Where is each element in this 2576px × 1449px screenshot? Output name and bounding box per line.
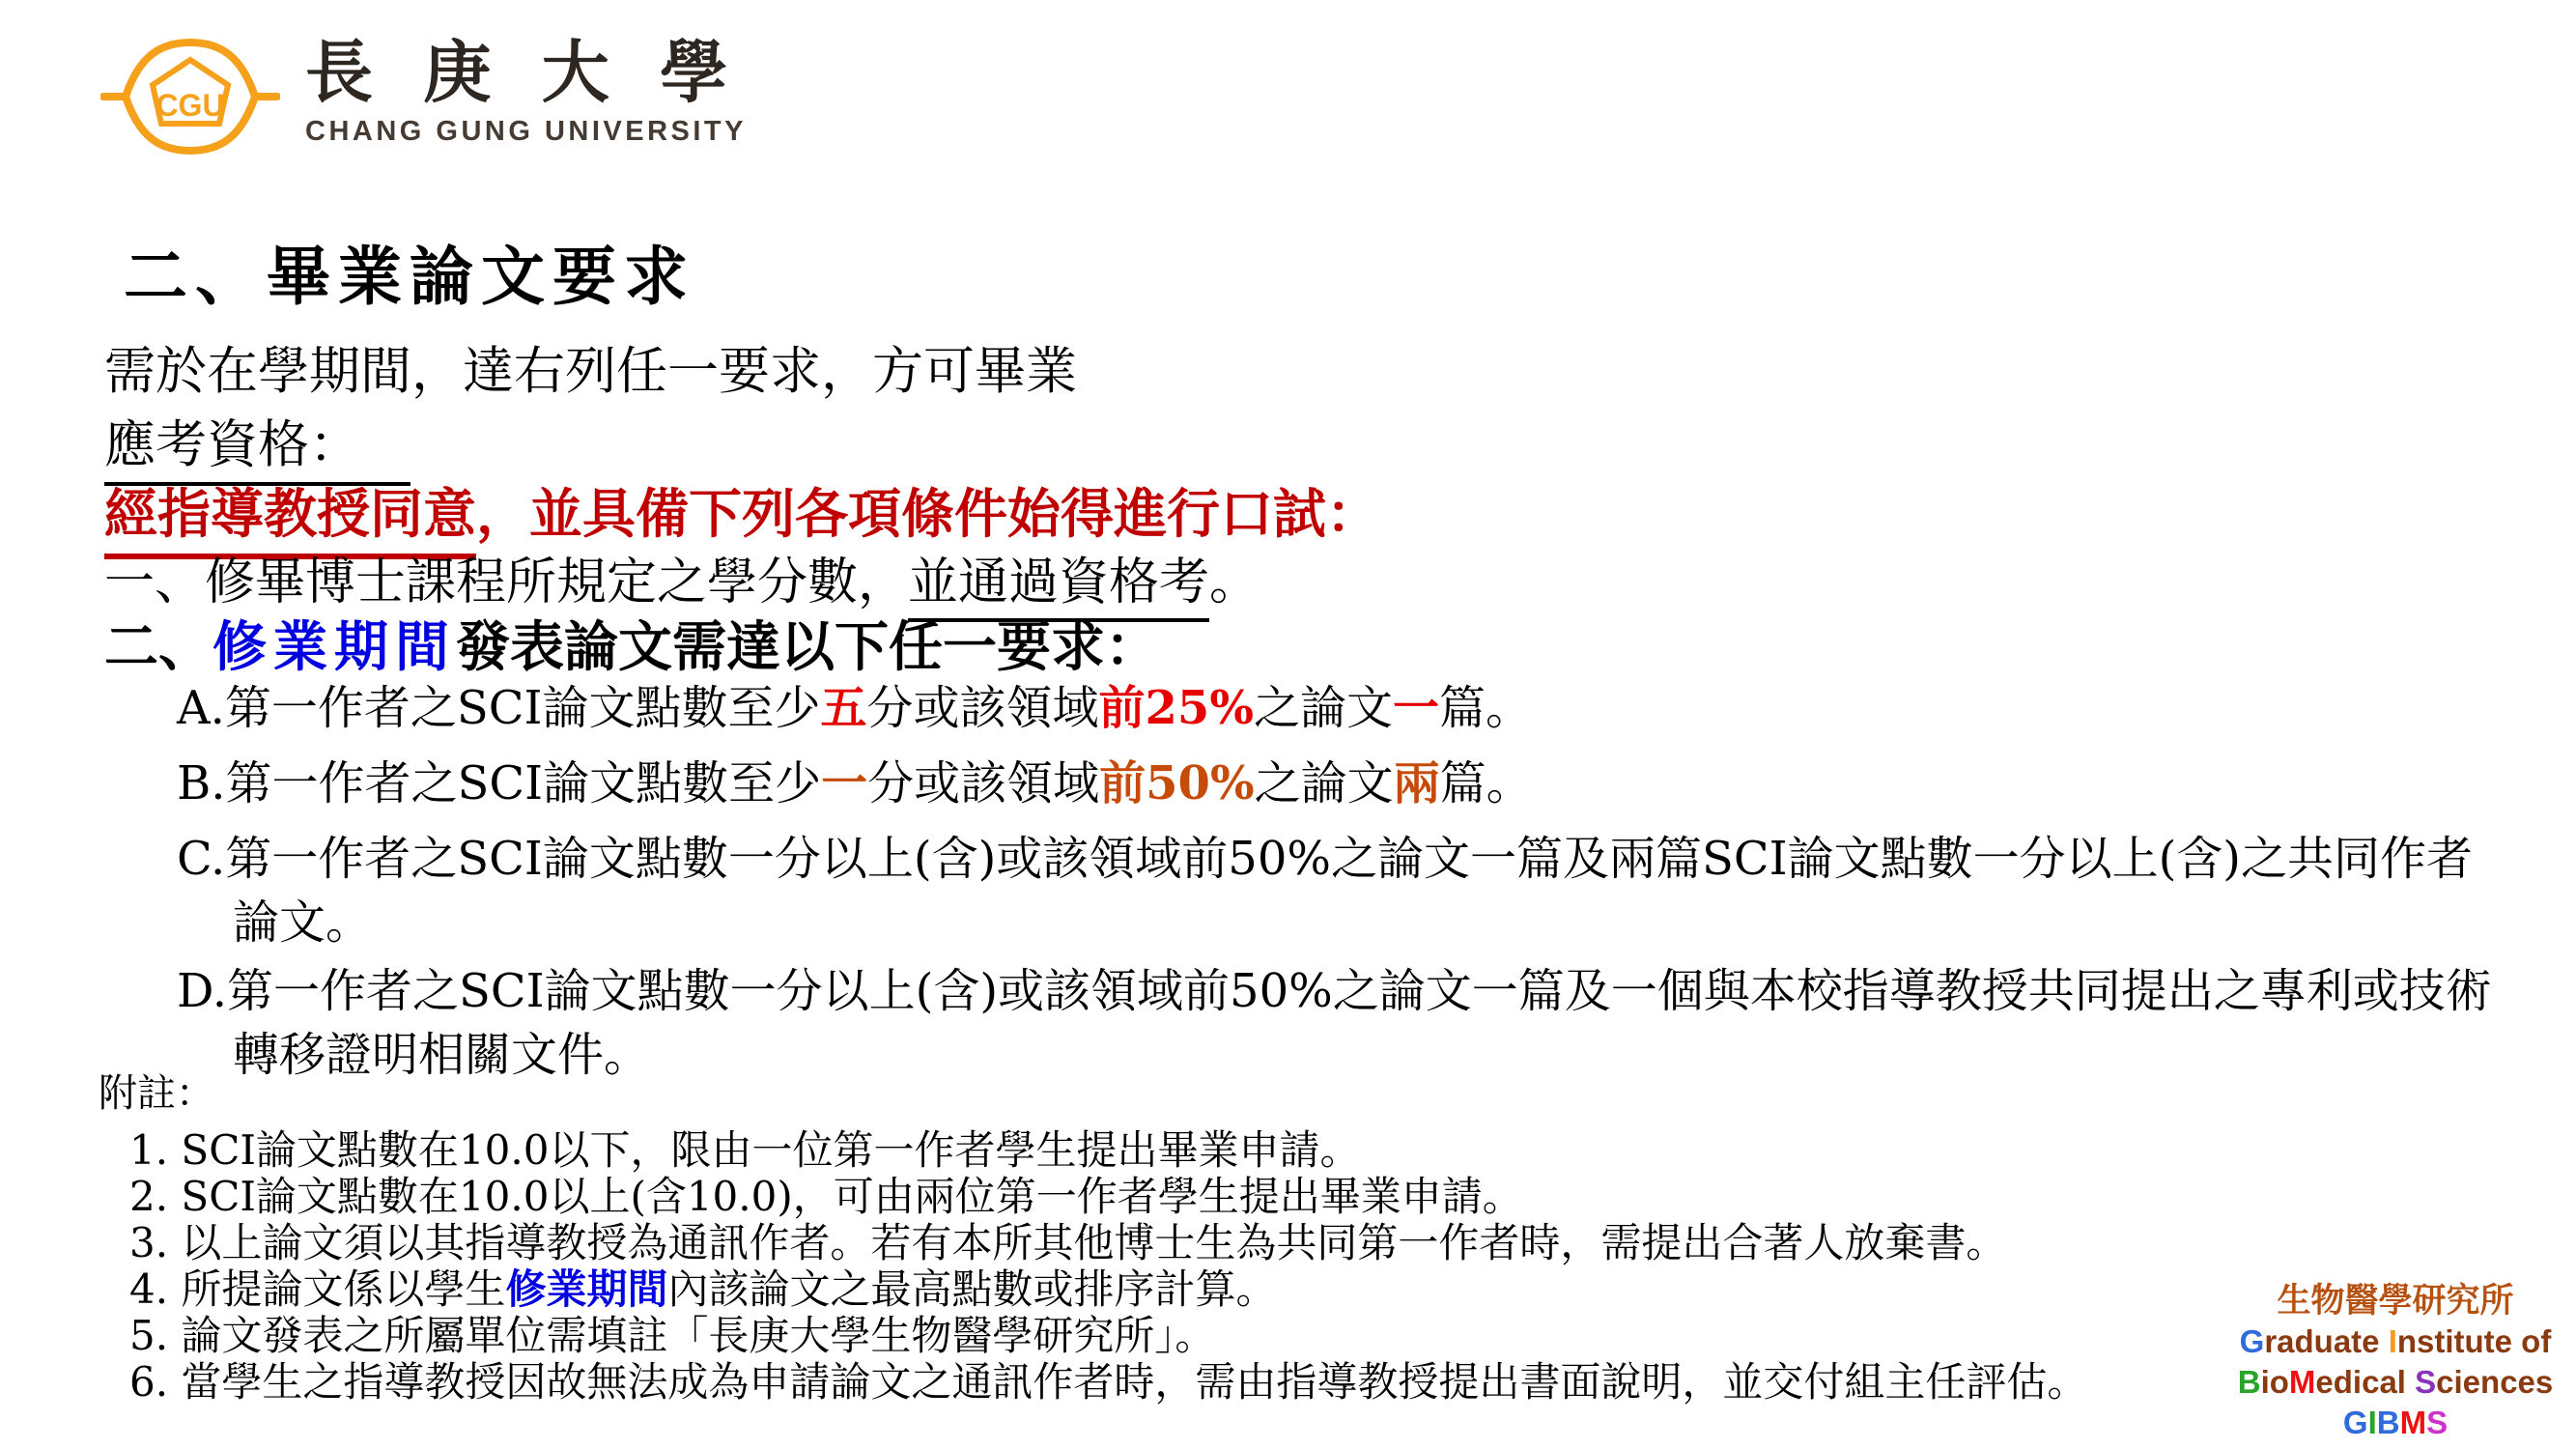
footer-letter: S — [2426, 1405, 2448, 1440]
notes-section: 附註： 1. SCI論文點數在10.0以下，限由一位第一作者學生提出畢業申請。 … — [99, 1063, 2087, 1406]
oral-exam-rest: ，並具備下列各項條件始得進行口試： — [476, 482, 1379, 545]
footer-letter: S — [2415, 1364, 2436, 1400]
intro-line: 需於在學期間，達右列任一要求，方可畢業 — [104, 330, 1077, 404]
oral-exam-condition-line: 經指導教授同意，並具備下列各項條件始得進行口試： — [104, 471, 1379, 548]
footer-text: edical — [2315, 1364, 2415, 1400]
requirement-1-period: 。 — [1209, 554, 1260, 611]
note-4-text: 內該論文之最高點數或排序計算。 — [667, 1265, 1276, 1313]
notes-heading: 附註： — [99, 1063, 2087, 1118]
footer-letter: I — [2389, 1323, 2397, 1359]
item-a-highlight: 一 — [1393, 681, 1439, 735]
cgu-emblem-letters: CGU — [156, 88, 224, 123]
item-b-label: B. — [177, 756, 226, 810]
slide: CGU 長 庚 大 學 CHANG GUNG UNIVERSITY 二、畢業論文… — [0, 0, 2576, 1449]
footer-text: ciences — [2436, 1364, 2553, 1400]
footer-letter: G — [2343, 1405, 2368, 1440]
university-name-zh: 長 庚 大 學 — [305, 35, 747, 110]
item-a-text: 之論文 — [1254, 681, 1393, 735]
item-a-highlight: 五 — [821, 681, 867, 735]
thesis-option-c: C.第一作者之SCI論文點數一分以上(含)或該領域前50%之論文一篇及兩篇SCI… — [177, 827, 2503, 954]
requirement-2-rest: 發表論文需達以下任一要求： — [456, 615, 1159, 679]
note-4-highlight: 修業期間 — [505, 1265, 667, 1313]
item-b-highlight: 兩 — [1394, 756, 1440, 810]
item-a-text: 分或該領域 — [867, 681, 1099, 735]
logo-text: 長 庚 大 學 CHANG GUNG UNIVERSITY — [305, 35, 747, 148]
item-b-text: 第一作者之SCI論文點數至少 — [226, 756, 822, 810]
item-a-text: 第一作者之SCI論文點數至少 — [225, 681, 821, 735]
thesis-option-b: B.第一作者之SCI論文點數至少一分或該領域前50%之論文兩篇。 — [177, 752, 2503, 815]
footer-dept-zh: 生物醫學研究所 — [2224, 1281, 2566, 1321]
note-item-4: 4. 所提論文係以學生修業期間內該論文之最高點數或排序計算。 — [129, 1266, 2087, 1313]
requirement-2-prefix: 二、 — [104, 615, 212, 679]
footer-letter: G — [2240, 1323, 2265, 1359]
footer-letter: B — [2238, 1364, 2261, 1400]
item-b-highlight: 前50% — [1099, 756, 1254, 810]
requirement-1-line: 一、修畢博士課程所規定之學分數，並通過資格考。 — [104, 541, 1260, 613]
footer-text: raduate — [2264, 1323, 2388, 1359]
note-item-3: 3. 以上論文須以其指導教授為通訊作者。若有本所其他博士生為共同第一作者時，需提… — [129, 1220, 2087, 1266]
university-name-en: CHANG GUNG UNIVERSITY — [305, 116, 747, 148]
footer-letter: B — [2377, 1405, 2400, 1440]
item-c-text: 第一作者之SCI論文點數一分以上(含)或該領域前50%之論文一篇及兩篇SCI論文… — [225, 832, 2473, 950]
item-a-highlight: 前25% — [1099, 681, 1254, 735]
item-c-label: C. — [177, 832, 225, 886]
note-4-text: 4. 所提論文係以學生 — [129, 1265, 505, 1313]
note-item-2: 2. SCI論文點數在10.0以上(含10.0)，可由兩位第一作者學生提出畢業申… — [129, 1174, 2087, 1220]
requirement-2-highlight: 修業期間 — [212, 615, 456, 679]
footer-acronym: GIBMS — [2224, 1403, 2566, 1443]
university-logo: CGU 長 庚 大 學 CHANG GUNG UNIVERSITY — [100, 35, 747, 158]
footer-letter: I — [2368, 1405, 2377, 1440]
note-item-6: 6. 當學生之指導教授因故無法成為申請論文之通訊作者時，需由指導教授提出書面說明… — [129, 1359, 2087, 1406]
footer-text: io — [2261, 1364, 2289, 1400]
footer-text: nstitute of — [2397, 1323, 2551, 1359]
item-b-text: 之論文 — [1255, 756, 1394, 810]
note-item-5: 5. 論文發表之所屬單位需填註「長庚大學生物醫學研究所」。 — [129, 1313, 2087, 1359]
footer-affiliation: 生物醫學研究所 Graduate Institute of BioMedical… — [2224, 1281, 2566, 1443]
requirement-1-prefix: 一、修畢博士課程所規定之學分數， — [104, 554, 908, 611]
note-item-1: 1. SCI論文點數在10.0以下，限由一位第一作者學生提出畢業申請。 — [129, 1127, 2087, 1174]
footer-letter: M — [2400, 1405, 2427, 1440]
requirement-2-line: 二、修業期間發表論文需達以下任一要求： — [104, 605, 1159, 682]
item-a-label: A. — [177, 681, 225, 735]
item-b-text: 篇。 — [1440, 756, 1533, 810]
item-b-highlight: 一 — [821, 756, 867, 810]
item-d-label: D. — [177, 964, 227, 1018]
qualification-heading: 應考資格： — [104, 404, 410, 477]
cgu-emblem-icon: CGU — [100, 35, 280, 158]
page-title: 二、畢業論文要求 — [124, 225, 695, 317]
footer-dept-en-line2: BioMedical Sciences — [2224, 1362, 2566, 1403]
footer-dept-en-line1: Graduate Institute of — [2224, 1321, 2566, 1362]
footer-letter: M — [2289, 1364, 2316, 1400]
item-a-text: 篇。 — [1439, 681, 1532, 735]
thesis-option-a: A.第一作者之SCI論文點數至少五分或該領域前25%之論文一篇。 — [177, 676, 2503, 740]
item-b-text: 分或該領域 — [867, 756, 1099, 810]
